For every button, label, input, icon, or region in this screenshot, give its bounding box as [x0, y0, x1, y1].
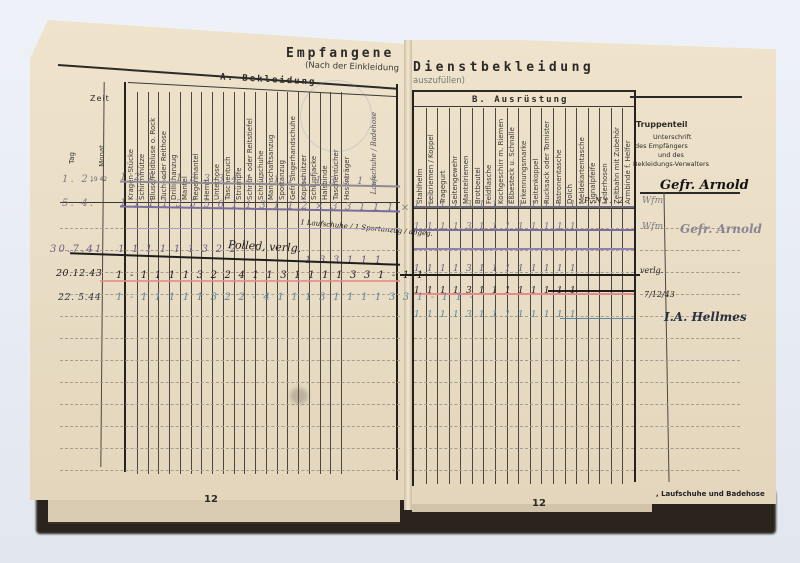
row-3-section-a: 1 1 1 1 1 1 3 2 2 [118, 244, 238, 255]
section-b-column-header: Rucksack oder Tornister [543, 112, 551, 204]
section-b-column-header: Dolch [566, 112, 574, 204]
row-guide-line [414, 404, 634, 405]
section-b-column-header: Stahlhelm [416, 112, 424, 204]
title-right: Dienstbekleidung [413, 60, 594, 75]
section-a-column-header: Drillichanzug [170, 108, 178, 200]
row-guide-line [414, 250, 634, 251]
row-guide-line [414, 382, 634, 383]
section-b-column-header: Armbinde f. Helfer [624, 112, 632, 204]
row-guide-line [640, 470, 740, 471]
row-3-b-strike [400, 274, 640, 276]
row-5-section-a: 1 - 1 1 1 1 1 3 2 2 - 4 1 1 1 3 1 1 1 1 … [116, 292, 475, 303]
row-guide-line [414, 448, 634, 449]
section-b-column-header: Seitengewehr [451, 112, 459, 204]
row-guide-line [640, 426, 740, 427]
row-4-strike [100, 280, 400, 282]
paper-stain [290, 388, 308, 404]
subtitle-right: auszufüllen) [413, 76, 465, 86]
signature-top-rule [630, 96, 742, 98]
section-a-column-header: Hemd [203, 108, 211, 200]
row-guide-line [60, 470, 400, 471]
signature-subheader-4: Bekleidungs-Verwalters [633, 160, 709, 168]
signature-subheader-3: und des [658, 151, 684, 159]
left-page-right-border [396, 84, 398, 480]
row-1-b-note: P.Nr. 2 [584, 196, 626, 205]
section-b-column-header: Lederhosen [601, 112, 609, 204]
underlying-page-left [48, 500, 400, 524]
row-4-signature: 7/12/43 [644, 290, 675, 299]
section-a-column-header: Bluse/Feldbluse o. Rock [149, 108, 157, 200]
row-guide-line [640, 338, 740, 339]
row-4-date: 20.12.43 [56, 268, 102, 279]
faded-stamp [300, 80, 372, 152]
top-rule-right [412, 90, 636, 92]
row-3-section-b: 1 1 1 1 3 1 1 1 1 1 1 1 1 [414, 264, 578, 274]
section-b-column-header: Mantelriemen [462, 112, 470, 204]
section-a-column-header: Mantel [181, 108, 189, 200]
row-1-signature: Gefr. Arnold [660, 178, 749, 193]
row-1-signature-left: Wfm. [642, 196, 666, 206]
row-2-signature-left: Wfm. [642, 222, 666, 232]
row-guide-line [60, 316, 400, 317]
section-b-column-header: Brotbeutel [474, 112, 482, 204]
section-a-column-header: Taschentuch [224, 108, 232, 200]
section-b-label: B. Ausrüstung [472, 95, 568, 105]
row-guide-line [640, 448, 740, 449]
row-guide-line [60, 382, 400, 383]
row-guide-line [414, 360, 634, 361]
section-a-column-header: Schirmmütze [138, 108, 146, 200]
row-guide-line [60, 338, 400, 339]
section-b-column-divider [553, 108, 554, 484]
section-a-column-header: Schnürschuhe [257, 108, 265, 200]
section-a-column-header: Regenmantel [192, 108, 200, 200]
section-a-column-header: Schnür- oder Reitstiefel [246, 108, 254, 200]
section-b-column-header: Patronentasche [555, 112, 563, 204]
row-guide-line [640, 404, 740, 405]
row-1-section-b: 1 1 1 1 3 1 1 1 1 1 1 1 1 [414, 200, 578, 210]
row-4-b-dash [548, 290, 634, 292]
section-b-column-header: Kochgeschirr m. Riemen [497, 112, 505, 204]
row-guide-line [414, 470, 634, 471]
section-a-column-header: Gefr. Singerhandschuhe [289, 108, 297, 200]
section-a-column-header: Kragen-Stücke [127, 108, 135, 200]
section-a-column-header: Sportanzug [278, 108, 286, 200]
section-b-column-divider [495, 108, 496, 484]
row-2-signature: Gefr. Arnold [680, 222, 762, 236]
section-b-column-header: Erkennungsmarke [520, 112, 528, 204]
row-guide-line [60, 360, 400, 361]
row-guide-line [640, 360, 740, 361]
title-left: Empfangene [286, 46, 394, 61]
row-1-date: 1. 2. [62, 174, 95, 185]
section-a-column-header: Unterhose [213, 108, 221, 200]
signature-subheader-1: Unterschrift [653, 133, 691, 141]
section-a-column-header: Tuch- oder Reithose [160, 108, 168, 200]
section-b-column-header: Tragegurt [439, 112, 447, 204]
row-2-b-strike-2 [414, 248, 634, 250]
day-header: Tag [68, 152, 76, 164]
section-b-header-rule [412, 106, 636, 107]
row-guide-line [60, 404, 400, 405]
section-b-column-divider [611, 108, 612, 484]
row-3-signature: verlg. [640, 266, 663, 275]
row-guide-line [60, 448, 400, 449]
section-b-column-divider [530, 108, 531, 484]
section-b-column-header: Eßbesteck u. Schnalle [508, 112, 516, 204]
row-guide-line [60, 426, 400, 427]
row-5-b-dash [560, 318, 634, 319]
section-b-column-header: Leibriemen / Koppel [427, 112, 435, 204]
signature-subheader-2: des Empfängers [635, 142, 688, 150]
section-b-column-header: Feldflasche [485, 112, 493, 204]
row-guide-line [414, 426, 634, 427]
footer-note: , Laufschuhe und Badehose [656, 490, 765, 498]
row-5-signature: I.A. Hellmes [664, 310, 747, 324]
row-2-b-strike [414, 229, 634, 231]
section-a-column-header: Strümpfe [235, 108, 243, 200]
section-b-column-header: Meldekartentasche [578, 112, 586, 204]
section-b-column-divider [576, 108, 577, 484]
section-b-column-header: Zeltbahn mit Zubehör [613, 112, 621, 204]
section-b-column-header: Seitenkoppel [532, 112, 540, 204]
page-number-right: 12 [532, 498, 546, 509]
signature-header: Truppenteil [636, 120, 688, 129]
row-guide-line [640, 250, 740, 251]
time-header: Zeit [90, 94, 110, 103]
page-number-left: 12 [204, 494, 218, 505]
row-1-b-strike [414, 206, 634, 208]
row-guide-line [414, 338, 634, 339]
row-2-strike-2 [128, 228, 398, 229]
section-a-column-divider [255, 92, 256, 474]
row-5-section-b: 1 1 1 1 3 1 1 1 1 1 1 1 1 [414, 310, 578, 320]
section-a-column-header: Mannschaftsanzug [267, 108, 275, 200]
row-2-date: 5. 4. [62, 198, 95, 209]
row-guide-line [640, 382, 740, 383]
section-b-column-header: Signalpfeife [589, 112, 597, 204]
row-5-date: 22. 5.44 [58, 292, 101, 303]
